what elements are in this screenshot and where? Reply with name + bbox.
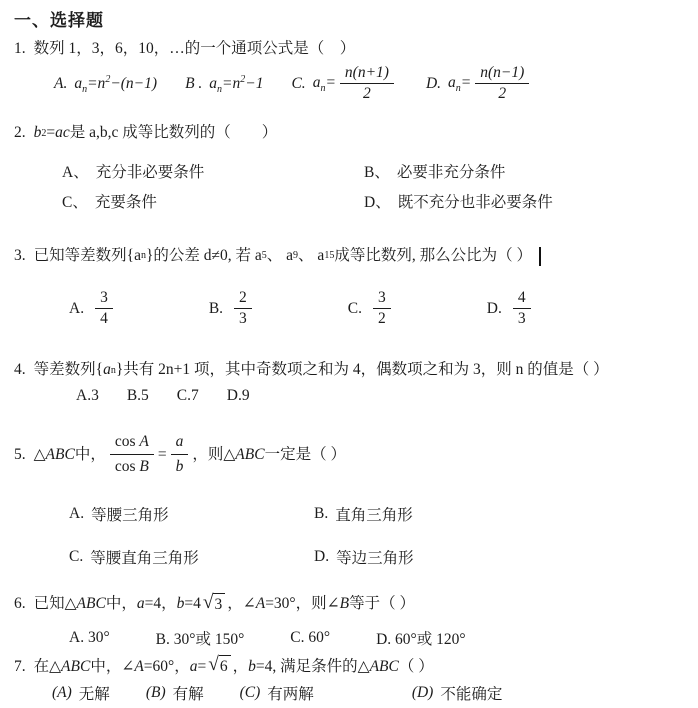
option-label: C、 — [62, 190, 88, 212]
option-a: A.3 — [76, 387, 99, 405]
question-text: 已知△ABC中，a=4，b=4√3，∠A=30°，则∠B等于（ ） — [34, 593, 415, 616]
option-d: D. 60°或 120° — [376, 627, 465, 649]
question-number: 1. — [14, 38, 26, 60]
question-text: 在△ABC中，∠A=60°，a=√6，b=4, 满足条件的△ABC（ ） — [34, 655, 434, 678]
option-label: (D) — [412, 684, 434, 702]
option-label: C. — [291, 75, 305, 93]
option-c: C. 32 — [348, 289, 395, 328]
option-label: B . — [185, 75, 202, 93]
question-7-stem: 7. 在△ABC中，∠A=60°，a=√6，b=4, 满足条件的△ABC（ ） — [14, 655, 690, 678]
question-1: 1. 数列 1，3，6，10，…的一个通项公式是（ ） A. an=n2−(n−… — [14, 38, 690, 103]
option-c: C.7 — [177, 387, 199, 405]
option-d: D、 既不充分也非必要条件 — [364, 190, 690, 212]
option-a: A、 充分非必要条件 — [62, 160, 364, 182]
option-c: C. an=n(n+1)2 — [291, 64, 397, 103]
question-5: 5. △ABC 中，cos Acos B=ab，则△ABC一定是（ ） A. 等… — [14, 431, 690, 568]
option-formula: an=n(n−1)2 — [448, 64, 533, 103]
question-number: 6. — [14, 593, 26, 615]
option-a: A. 30° — [69, 629, 110, 647]
question-4-options: A.3 B.5 C.7 D.9 — [14, 387, 690, 405]
option-c: (C) 有两解 — [240, 682, 314, 704]
option-text: 充要条件 — [95, 190, 157, 212]
option-label: B. — [314, 505, 328, 523]
option-text: 有两解 — [267, 682, 314, 704]
option-formula: 43 — [509, 289, 535, 328]
option-text: 等边三角形 — [336, 546, 414, 568]
question-text: △ABC 中，cos Acos B=ab，则△ABC一定是（ ） — [34, 431, 346, 479]
option-b: B . an=n2−1 — [185, 75, 263, 93]
option-a: (A) 无解 — [52, 682, 110, 704]
question-number: 7. — [14, 656, 26, 678]
option-c: C. 60° — [290, 629, 330, 647]
question-3-stem: 3. 已知等差数列{an}的公差 d≠0, 若 a5、 a9、 a15成等比数列… — [14, 245, 690, 267]
option-formula: 32 — [369, 289, 395, 328]
question-2-options: A、 充分非必要条件 B、 必要非充分条件 C、 充要条件 D、 既不充分也非必… — [14, 160, 690, 212]
question-5-options: A. 等腰三角形 B. 直角三角形 C. 等腰直角三角形 D. 等边三角形 — [14, 503, 690, 568]
option-text: 无解 — [79, 682, 110, 704]
option-b: (B) 有解 — [146, 682, 204, 704]
option-formula: 34 — [91, 289, 117, 328]
option-label: C. — [348, 300, 362, 318]
text-cursor — [539, 247, 541, 266]
option-label: D. — [487, 300, 502, 318]
option-text: 必要非充分条件 — [397, 160, 506, 182]
question-7-options: (A) 无解 (B) 有解 (C) 有两解 (D) 不能确定 — [14, 682, 690, 704]
question-1-options: A. an=n2−(n−1) B . an=n2−1 C. an=n(n+1)2… — [14, 64, 690, 103]
question-number: 4. — [14, 359, 26, 381]
question-6-stem: 6. 已知△ABC中，a=4，b=4√3，∠A=30°，则∠B等于（ ） — [14, 593, 690, 616]
option-text: 有解 — [173, 682, 204, 704]
option-label: D. — [426, 75, 441, 93]
option-label: C. — [69, 548, 83, 566]
question-text: 等差数列{an}共有 2n+1 项，其中奇数项之和为 4，偶数项之和为 3，则 … — [34, 359, 609, 381]
question-number: 3. — [14, 245, 26, 267]
section-title: 一、选择题 — [14, 6, 690, 31]
question-6: 6. 已知△ABC中，a=4，b=4√3，∠A=30°，则∠B等于（ ） A. … — [14, 593, 690, 649]
option-label: (C) — [240, 684, 261, 702]
option-formula: 23 — [230, 289, 256, 328]
option-c: C、 充要条件 — [62, 190, 364, 212]
option-d: (D) 不能确定 — [412, 682, 503, 704]
question-2-stem: 2. b2 = ac 是 a,b,c 成等比数列的（ ） — [14, 122, 690, 144]
question-7: 7. 在△ABC中，∠A=60°，a=√6，b=4, 满足条件的△ABC（ ） … — [14, 655, 690, 703]
option-label: (B) — [146, 684, 166, 702]
question-number: 2. — [14, 122, 26, 144]
question-1-stem: 1. 数列 1，3，6，10，…的一个通项公式是（ ） — [14, 38, 690, 60]
option-d: D. 43 — [487, 289, 535, 328]
option-d: D. 等边三角形 — [314, 546, 690, 568]
option-b: B. 30°或 150° — [156, 627, 245, 649]
question-4: 4. 等差数列{an}共有 2n+1 项，其中奇数项之和为 4，偶数项之和为 3… — [14, 359, 690, 404]
option-label: D. — [314, 548, 329, 566]
option-formula: an=n(n+1)2 — [313, 64, 398, 103]
option-label: B、 — [364, 160, 390, 182]
option-label: D、 — [364, 190, 391, 212]
question-text: b2 = ac 是 a,b,c 成等比数列的（ ） — [34, 122, 278, 144]
option-label: A. — [69, 300, 84, 318]
option-b: B、 必要非充分条件 — [364, 160, 690, 182]
option-formula: an=n2−1 — [209, 75, 263, 93]
option-label: A. — [54, 75, 67, 93]
option-label: A、 — [62, 160, 89, 182]
question-text: 已知等差数列{an}的公差 d≠0, 若 a5、 a9、 a15成等比数列, 那… — [34, 245, 541, 267]
option-text: 等腰直角三角形 — [90, 546, 199, 568]
option-text: 直角三角形 — [335, 503, 413, 525]
option-text: 等腰三角形 — [91, 503, 169, 525]
option-formula: an=n2−(n−1) — [74, 75, 157, 93]
option-c: C. 等腰直角三角形 — [69, 546, 314, 568]
option-text: 不能确定 — [440, 682, 502, 704]
question-6-options: A. 30° B. 30°或 150° C. 60° D. 60°或 120° — [14, 627, 690, 649]
question-number: 5. — [14, 444, 26, 466]
option-b: B. 23 — [209, 289, 256, 328]
question-4-stem: 4. 等差数列{an}共有 2n+1 项，其中奇数项之和为 4，偶数项之和为 3… — [14, 359, 690, 381]
question-2: 2. b2 = ac 是 a,b,c 成等比数列的（ ） A、 充分非必要条件 … — [14, 122, 690, 211]
option-d: D.9 — [227, 387, 250, 405]
option-a: A. an=n2−(n−1) — [54, 75, 157, 93]
option-label: A. — [69, 505, 84, 523]
question-5-stem: 5. △ABC 中，cos Acos B=ab，则△ABC一定是（ ） — [14, 431, 690, 479]
option-b: B. 直角三角形 — [314, 503, 690, 525]
option-b: B.5 — [127, 387, 149, 405]
option-d: D. an=n(n−1)2 — [426, 64, 533, 103]
option-text: 充分非必要条件 — [96, 160, 205, 182]
question-text: 数列 1，3，6，10，…的一个通项公式是（ ） — [34, 38, 356, 60]
option-label: (A) — [52, 684, 72, 702]
question-3-options: A. 34 B. 23 C. 32 D. 43 — [14, 289, 690, 328]
question-3: 3. 已知等差数列{an}的公差 d≠0, 若 a5、 a9、 a15成等比数列… — [14, 245, 690, 328]
option-a: A. 34 — [69, 289, 117, 328]
option-a: A. 等腰三角形 — [69, 503, 314, 525]
option-label: B. — [209, 300, 223, 318]
option-text: 既不充分也非必要条件 — [398, 190, 553, 212]
document-page[interactable]: 一、选择题 1. 数列 1，3，6，10，…的一个通项公式是（ ） A. an=… — [0, 0, 698, 708]
